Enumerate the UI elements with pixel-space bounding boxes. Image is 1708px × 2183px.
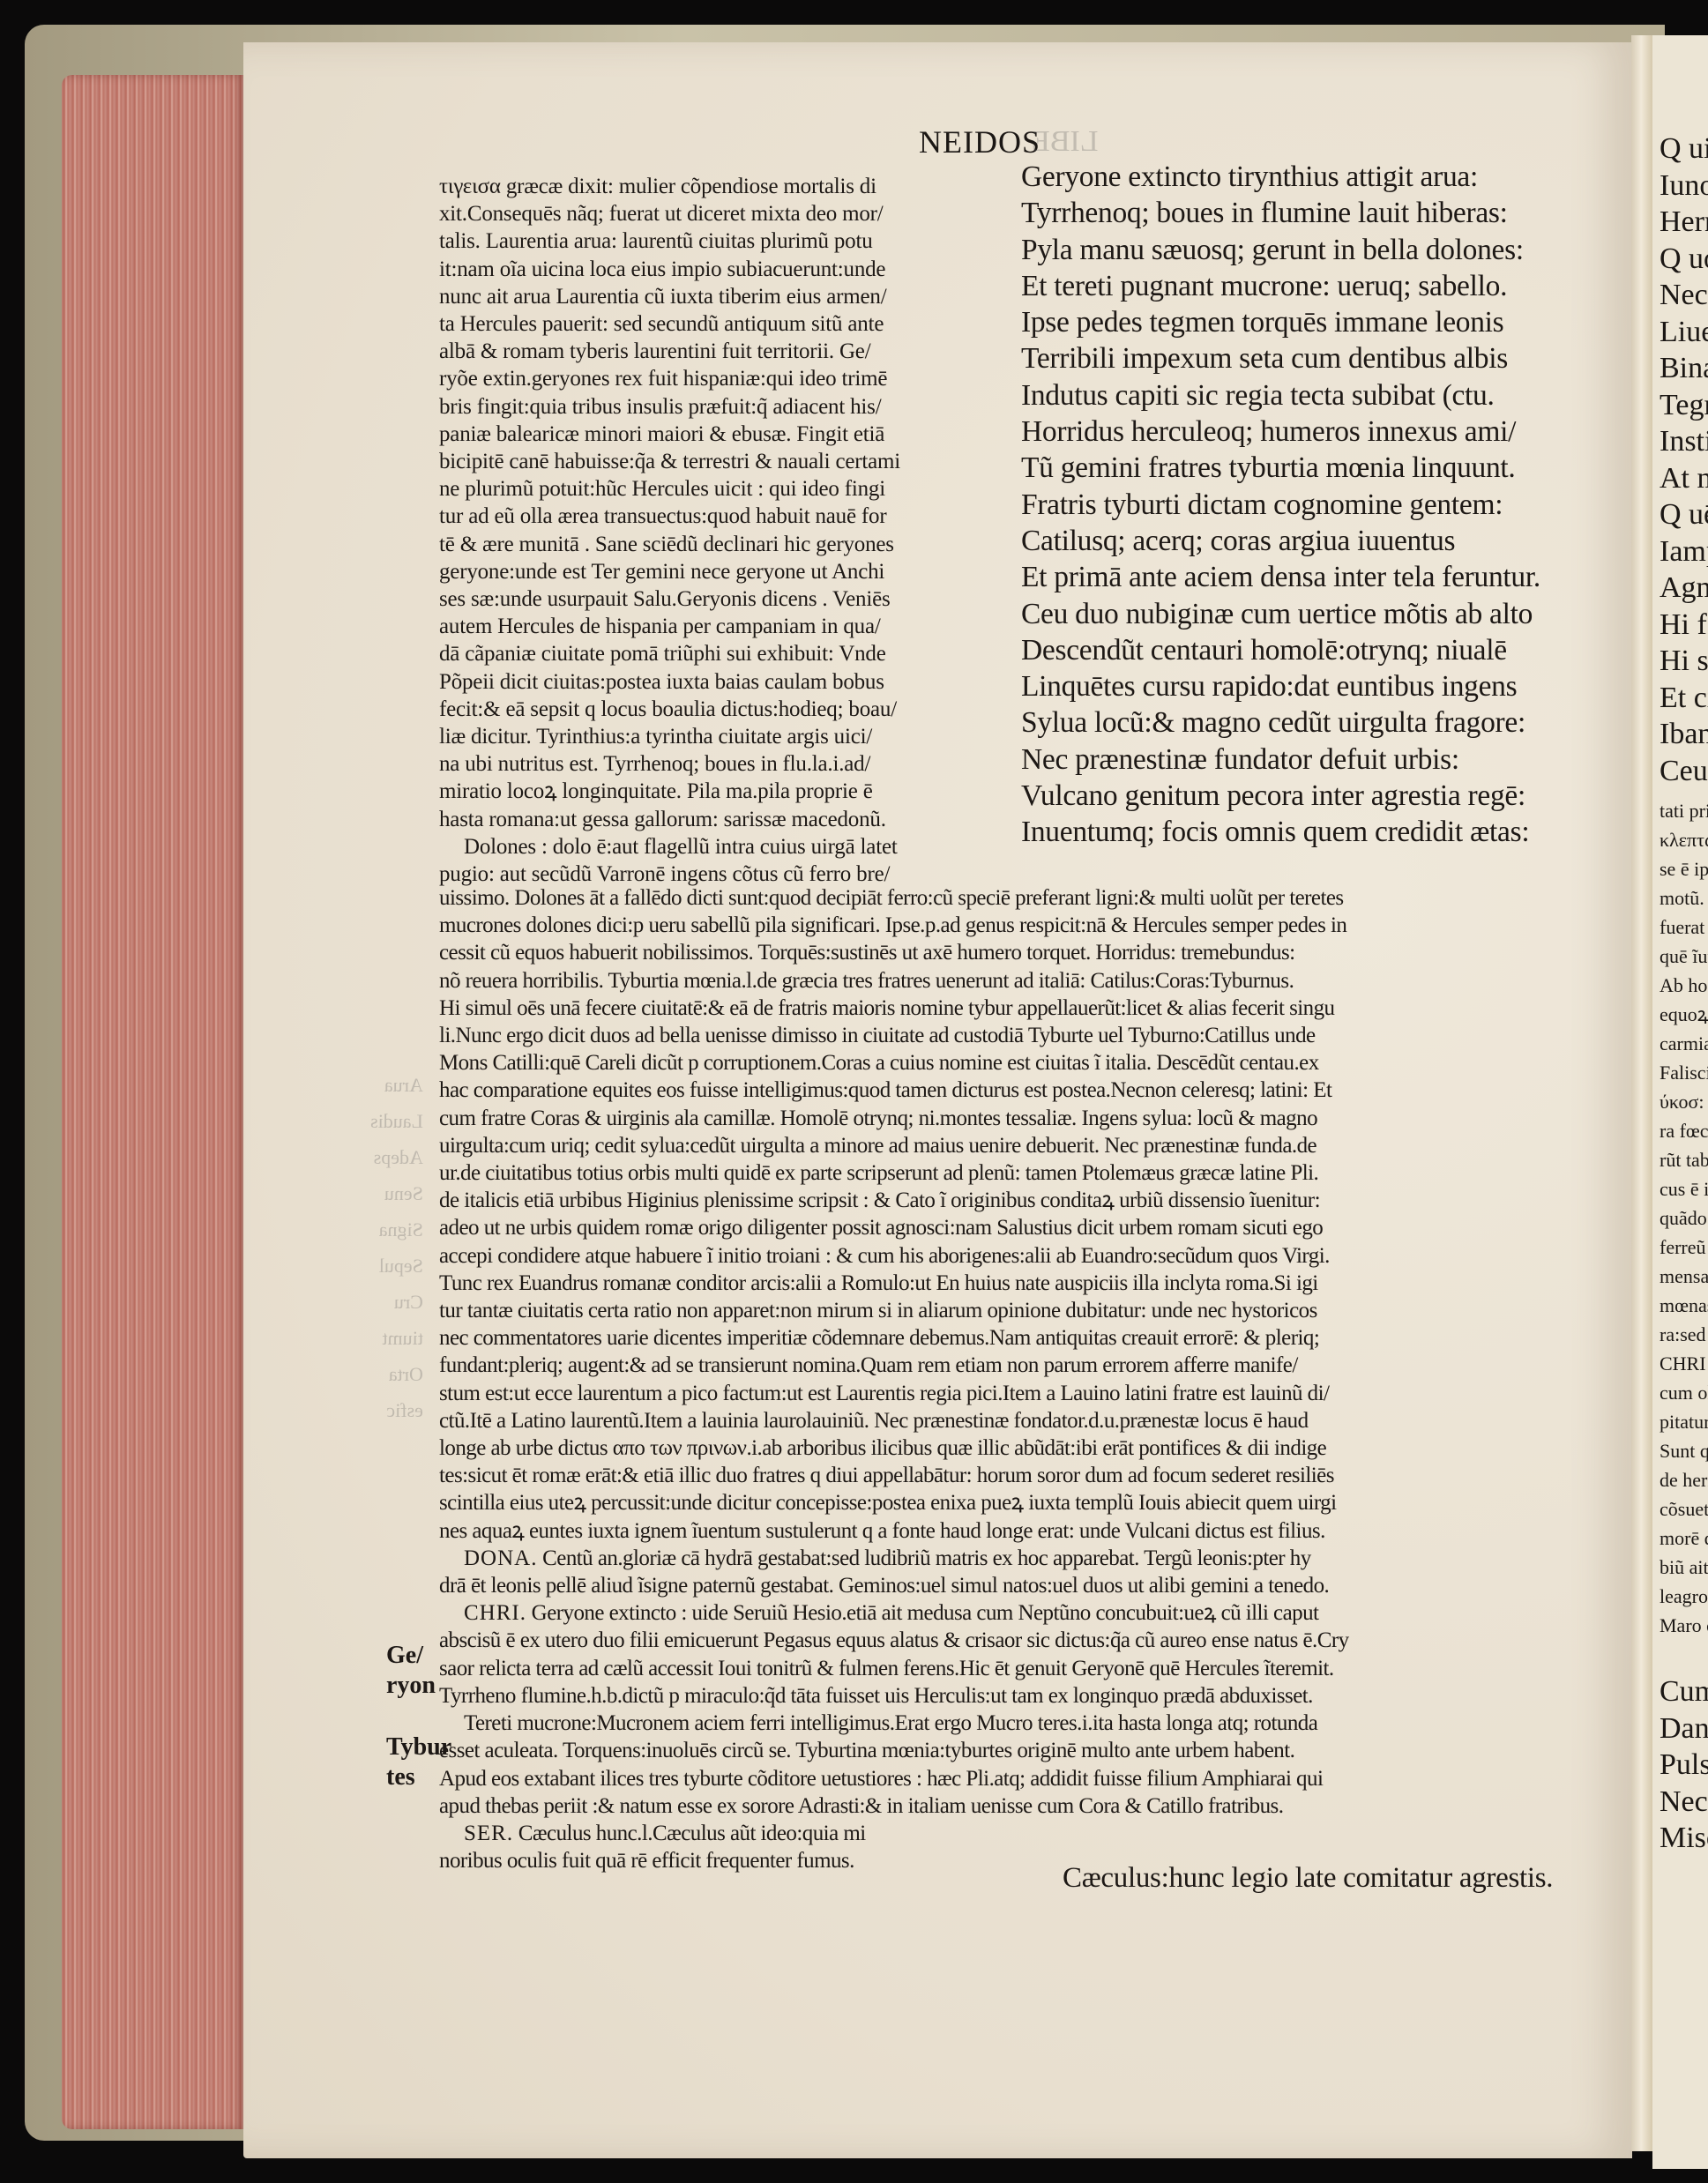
right-page-verse-line: Dant p <box>1652 1710 1708 1747</box>
right-page-verse-line: Hi sora <box>1652 643 1708 680</box>
verse-line: Descendũt centauri homolē:otrynq; niualē <box>1021 632 1603 668</box>
verse-line: Fratris tyburti dictam cognomine gentem: <box>1021 487 1603 523</box>
right-page-commentary-line: ύκοσ: nā <box>1652 1087 1708 1116</box>
chri-text: Geryone extincto : uide Seruiũ Hesio.eti… <box>526 1601 1318 1625</box>
commentary-line: ta Hercules pauerit: sed secundũ antiquu… <box>439 310 1003 338</box>
commentary-lines: uissimo. Dolones āt a fallēdo dicti sunt… <box>439 884 1603 1545</box>
right-page-verse-line: Liuen <box>1652 314 1708 351</box>
verse-line: Catilusq; acerq; coras argiua iuuentus <box>1021 523 1603 559</box>
right-page-commentary-line: se ē ipu <box>1652 854 1708 883</box>
commentary-line: cessit cũ equos habuerit nobilissimos. T… <box>439 939 1603 966</box>
right-page-verse-line: Tegm <box>1652 387 1708 424</box>
commentary-line: bris fingit:quia tribus insulis præfuit:… <box>439 393 1003 421</box>
section-label-ser: SER. <box>464 1822 513 1845</box>
show-through-word: Senu <box>370 1175 423 1211</box>
verse-line: Ipse pedes tegmen torquēs immane leonis <box>1021 304 1603 340</box>
commentary-line: nes aquaꝝ euntes iuxta ignem ĩuentum sus… <box>439 1517 1603 1545</box>
right-page-verse-line: Q uo <box>1652 241 1708 278</box>
right-page-commentary-line: cus ē in <box>1652 1174 1708 1203</box>
commentary-line: Dolones : dolo ē:aut flagellũ intra cuiu… <box>439 833 1003 861</box>
show-through-word: tiumt <box>370 1320 423 1356</box>
commentary-line: hac comparatione equites eos fuisse inte… <box>439 1077 1603 1104</box>
commentary-line: Hi simul oēs unā fecere ciuitatē:& eā de… <box>439 995 1603 1022</box>
commentary-line: ses sæ:unde usurpauit Salu.Geryonis dice… <box>439 585 1003 613</box>
right-page-verse-line: Bina n <box>1652 350 1708 387</box>
verse-line: Terribili impexum seta cum dentibus albi… <box>1021 340 1603 376</box>
commentary-line: saor relicta terra ad cælũ accessit Ioui… <box>439 1655 1603 1682</box>
right-page-verse-top: Q uiIunonHernQ uoNec cLiuenBina nTegmIns… <box>1652 35 1708 789</box>
commentary-line: albā & romam tyberis laurentini fuit ter… <box>439 338 1003 365</box>
right-page-commentary-line: ra fœcia <box>1652 1116 1708 1145</box>
commentary-line: tur tantæ ciuitatis certa ratio non appa… <box>439 1297 1603 1324</box>
right-page-verse-line: Q uē <box>1652 496 1708 533</box>
right-page-verse-bottom: Cum seDant pPulsa pNec quMiscer <box>1652 1640 1708 1857</box>
dona-text: Centũ an.gloriæ cā hydrā gestabat:sed lu… <box>537 1546 1310 1570</box>
commentary-line: hasta romana:ut gessa gallorum: sarissæ … <box>439 806 1003 833</box>
right-page-commentary-line: rũt tabu <box>1652 1145 1708 1174</box>
commentary-line: τιγεισα græcæ dixit: mulier cõpendiose m… <box>439 173 1003 200</box>
commentary-line: liæ dicitur. Tyrinthius:a tyrintha ciuit… <box>439 723 1003 750</box>
right-page-commentary-line: mœnas <box>1652 1291 1708 1320</box>
commentary-line: apud thebas periit :& natum esse ex soro… <box>439 1792 1603 1820</box>
section-label-chri: CHRI. <box>464 1601 526 1625</box>
right-page-commentary-line: motũ. <box>1652 883 1708 913</box>
verse-line: Et primā ante aciem densa inter tela fer… <box>1021 559 1603 595</box>
commentary-line: tē & ære munitā . Sane sciēdũ declinari … <box>439 531 1003 558</box>
verse-column: Geryone extincto tirynthius attigit arua… <box>1021 159 1603 851</box>
right-page-commentary-line: Sunt qu <box>1652 1436 1708 1465</box>
commentary-line: Tunc rex Euandrus romanæ conditor arcis:… <box>439 1270 1603 1297</box>
commentary-line: tur ad eũ olla ærea transuectus:quod hab… <box>439 503 1003 530</box>
right-page-commentary-line: CHRI <box>1652 1349 1708 1378</box>
commentary-line: esset aculeata. Torquens:inuoluēs circũ … <box>439 1737 1603 1764</box>
commentary-lines-after-dona: drā ēt leonis pellē aliud ĩsigne paternũ… <box>439 1572 1603 1599</box>
verse-line: Indutus capiti sic regia tecta subibat (… <box>1021 377 1603 414</box>
show-through-word: Signa <box>370 1211 423 1248</box>
commentary-line: Mons Catilli:quē Careli dicũt p corrupti… <box>439 1049 1603 1077</box>
commentary-line: Põpeii dicit ciuitas:postea iuxta baias … <box>439 668 1003 696</box>
show-through-word: Cru <box>370 1284 423 1320</box>
right-page-verse-line: Hern <box>1652 204 1708 241</box>
verse-line: Linquētes cursu rapido:dat euntibus inge… <box>1021 668 1603 704</box>
right-page-verse-line: Cum se <box>1652 1673 1708 1710</box>
margin-note: Ge/ <box>386 1642 423 1670</box>
commentary-line: adeo ut ne urbis quidem romæ origo dilig… <box>439 1214 1603 1241</box>
commentary-line: it:nam oĩa uicina loca eius impio subiac… <box>439 256 1003 283</box>
red-fore-edge <box>62 75 245 2129</box>
right-page-verse-line: Ibant a <box>1652 716 1708 753</box>
show-through-word: esfic <box>370 1392 423 1428</box>
right-page-commentary-line: Falisci c <box>1652 1058 1708 1087</box>
right-page-verse-line: Institu <box>1652 423 1708 460</box>
right-page-verse-line: Iampr <box>1652 533 1708 570</box>
right-page-commentary-line: equoꝝ <box>1652 1000 1708 1029</box>
commentary-line: uissimo. Dolones āt a fallēdo dicti sunt… <box>439 884 1603 912</box>
right-page-partial: Q uiIunonHernQ uoNec cLiuenBina nTegmIns… <box>1652 35 1708 2169</box>
margin-note: Tybur <box>386 1733 451 1762</box>
verse-line: Pyla manu sæuosq; gerunt in bella dolone… <box>1021 232 1603 268</box>
commentary-line: xit.Consequēs nãq; fuerat ut diceret mix… <box>439 200 1003 227</box>
margin-note: tes <box>386 1763 415 1792</box>
commentary-line-dona: DONA. Centũ an.gloriæ cā hydrā gestabat:… <box>439 1545 1603 1572</box>
commentary-line: drā ēt leonis pellē aliud ĩsigne paternũ… <box>439 1572 1603 1599</box>
commentary-line: ur.de ciuitatibus totius orbis multi qui… <box>439 1159 1603 1187</box>
commentary-line: scintilla eius uteꝝ percussit:unde dicit… <box>439 1489 1603 1516</box>
running-head: NEIDOS <box>919 123 1040 160</box>
commentary-line: longe ab urbe dictus απο των πρινων.i.ab… <box>439 1434 1603 1462</box>
show-through-margin-text: AruaLaudisAdepsSenuSignaSepulCrutiumtOrt… <box>370 1067 423 1428</box>
commentary-line: ctũ.Itē a Latino laurentũ.Item a lauinia… <box>439 1407 1603 1434</box>
right-page-commentary-line: cõsuetu <box>1652 1494 1708 1524</box>
commentary-line: tes:sicut ēt romæ erāt:& etiā illic duo … <box>439 1462 1603 1489</box>
commentary-line: bicipitē canē habuisse:q̃a & terrestri &… <box>439 448 1003 475</box>
verse-line: Vulcano genitum pecora inter agrestia re… <box>1021 778 1603 814</box>
commentary-line: de italicis etiā urbibus Higinius plenis… <box>439 1187 1603 1214</box>
verse-final-line: Cæculus:hunc legio late comitatur agrest… <box>1063 1862 1553 1895</box>
show-through-word: Laudis <box>370 1103 423 1139</box>
commentary-line: fecit:& eā sepsit q locus boaulia dictus… <box>439 696 1003 723</box>
right-page-commentary-line: pitatur i <box>1652 1407 1708 1436</box>
commentary-line: na ubi nutritus est. Tyrrhenoq; boues in… <box>439 750 1003 778</box>
right-page-commentary-line: quē ĩuu <box>1652 942 1708 971</box>
commentary-line: nunc ait arua Laurentia cũ iuxta tiberim… <box>439 283 1003 310</box>
commentary-line: nec commentatores uarie dicentes imperit… <box>439 1324 1603 1352</box>
commentary-line: stum est:ut ecce laurentum a pico factum… <box>439 1380 1603 1407</box>
right-page-verse-line: At me <box>1652 460 1708 497</box>
commentary-line: abscisũ ē ex utero duo filii emicuerunt … <box>439 1627 1603 1654</box>
right-page-commentary-line: ra:sed ni <box>1652 1320 1708 1349</box>
commentary-line-chri: CHRI. Geryone extincto : uide Seruiũ Hes… <box>439 1599 1603 1627</box>
right-page-commentary-line: ferreũ q <box>1652 1233 1708 1262</box>
show-through-word: Orta <box>370 1356 423 1392</box>
verse-line: Et tereti pugnant mucrone: ueruq; sabell… <box>1021 268 1603 304</box>
verse-line: Geryone extincto tirynthius attigit arua… <box>1021 159 1603 195</box>
commentary-line: talis. Laurentia arua: laurentũ ciuitas … <box>439 227 1003 255</box>
commentary-full-width: uissimo. Dolones āt a fallēdo dicti sunt… <box>439 884 1603 1874</box>
right-page-commentary-line: Maro di <box>1652 1611 1708 1640</box>
verse-line: Inuentumq; focis omnis quem credidit æta… <box>1021 814 1603 850</box>
commentary-line: Tyrrheno flumine.h.b.dictũ p miraculo:q̃… <box>439 1682 1603 1710</box>
commentary-column-left: τιγεισα græcæ dixit: mulier cõpendiose m… <box>439 173 1003 888</box>
commentary-line: uirgulta:cum uriq; cedit sylua:cedũt uir… <box>439 1132 1603 1159</box>
verse-line: Ceu duo nubiginæ cum uertice mõtis ab al… <box>1021 596 1603 632</box>
verse-line: Tyrrhenoq; boues in flumine lauit hibera… <box>1021 195 1603 231</box>
section-label-dona: DONA. <box>464 1546 537 1570</box>
right-page-verse-line: Q ui <box>1652 130 1708 168</box>
verse-line: Sylua locũ:& magno cedũt uirgulta fragor… <box>1021 704 1603 741</box>
commentary-line: miratio locoꝝ longinquitate. Pila ma.pil… <box>439 778 1003 805</box>
commentary-line: cum fratre Coras & uirginis ala camillæ.… <box>439 1105 1603 1132</box>
right-page-commentary-line: Ab hoc <box>1652 971 1708 1000</box>
commentary-line: geryone:unde est Ter gemini nece geryone… <box>439 558 1003 585</box>
commentary-line: fundant:pleriq; augent:& ad se transieru… <box>439 1352 1603 1379</box>
right-page-commentary-line: κλεπτω. <box>1652 825 1708 854</box>
margin-note: ryon <box>386 1672 436 1700</box>
right-page-commentary-line: quãdo <box>1652 1203 1708 1233</box>
verse-line: Horridus herculeoq; humeros innexus ami/ <box>1021 414 1603 450</box>
commentary-line: ryõe extin.geryones rex fuit hispaniæ:qu… <box>439 365 1003 392</box>
commentary-line: nõ reuera horribilis. Tyburtia mœnia.l.d… <box>439 967 1603 995</box>
commentary-line: accepi condidere atque habuere ĩ initio … <box>439 1242 1603 1270</box>
commentary-line: mucrones dolones dici:p ueru sabellũ pil… <box>439 912 1603 939</box>
right-page-commentary-line: leagro:u <box>1652 1582 1708 1611</box>
commentary-line: Tereti mucrone:Mucronem aciem ferri inte… <box>439 1710 1603 1737</box>
right-page-verse-line: Nec c <box>1652 277 1708 314</box>
commentary-lines-after-chri: abscisũ ē ex utero duo filii emicuerunt … <box>439 1627 1603 1819</box>
right-page-commentary-line: tati priu <box>1652 796 1708 825</box>
right-page-commentary: tati priuκλεπτω.se ē ipumotũ.fuerat gquē… <box>1652 789 1708 1640</box>
right-page-verse-line: Miscer <box>1652 1820 1708 1857</box>
show-through-word: Sepul <box>370 1248 423 1284</box>
show-through-folio: LIBE <box>1032 125 1099 159</box>
right-page-commentary-line: cum olin <box>1652 1378 1708 1407</box>
commentary-line: ne plurimũ potuit:hũc Hercules uicit : q… <box>439 475 1003 503</box>
commentary-line: Apud eos extabant ilices tres tyburte cõ… <box>439 1765 1603 1792</box>
right-page-commentary-line: fuerat g <box>1652 913 1708 942</box>
right-page-commentary-line: de herni <box>1652 1465 1708 1494</box>
verse-line: Tũ gemini fratres tyburtia mœnia linquun… <box>1021 450 1603 486</box>
commentary-line: paniæ balearicæ minori maiori & ebusæ. F… <box>439 421 1003 448</box>
right-page-commentary-line: carmia <box>1652 1029 1708 1058</box>
show-through-word: Arua <box>370 1067 423 1103</box>
commentary-line: li.Nunc ergo dicit duos ad bella uenisse… <box>439 1022 1603 1049</box>
ser-text: Cæculus hunc.l.Cæculus aũt ideo:quia mi <box>513 1822 866 1845</box>
commentary-line: autem Hercules de hispania per campaniam… <box>439 613 1003 640</box>
right-page-verse-line: Pulsa p <box>1652 1747 1708 1784</box>
commentary-line: dā cãpaniæ ciuitate pomā triũphi sui exh… <box>439 640 1003 667</box>
right-page-verse-line: Hi fesc <box>1652 607 1708 644</box>
right-page-verse-line: Agmin <box>1652 570 1708 607</box>
show-through-word: Adeps <box>370 1139 423 1175</box>
right-page-verse-line: Ceu qu <box>1652 753 1708 790</box>
right-page-commentary-line: mensa u <box>1652 1262 1708 1291</box>
right-page-commentary-line: morē qu <box>1652 1524 1708 1553</box>
right-page-verse-line: Et cim <box>1652 680 1708 717</box>
right-page-verse-line: Iunon <box>1652 168 1708 205</box>
right-page-verse-line: Nec qu <box>1652 1784 1708 1821</box>
commentary-line-ser: SER. Cæculus hunc.l.Cæculus aũt ideo:qui… <box>439 1820 1603 1847</box>
verse-line: Nec prænestinæ fundator defuit urbis: <box>1021 741 1603 778</box>
right-page-commentary-line: biũ ait m <box>1652 1553 1708 1582</box>
